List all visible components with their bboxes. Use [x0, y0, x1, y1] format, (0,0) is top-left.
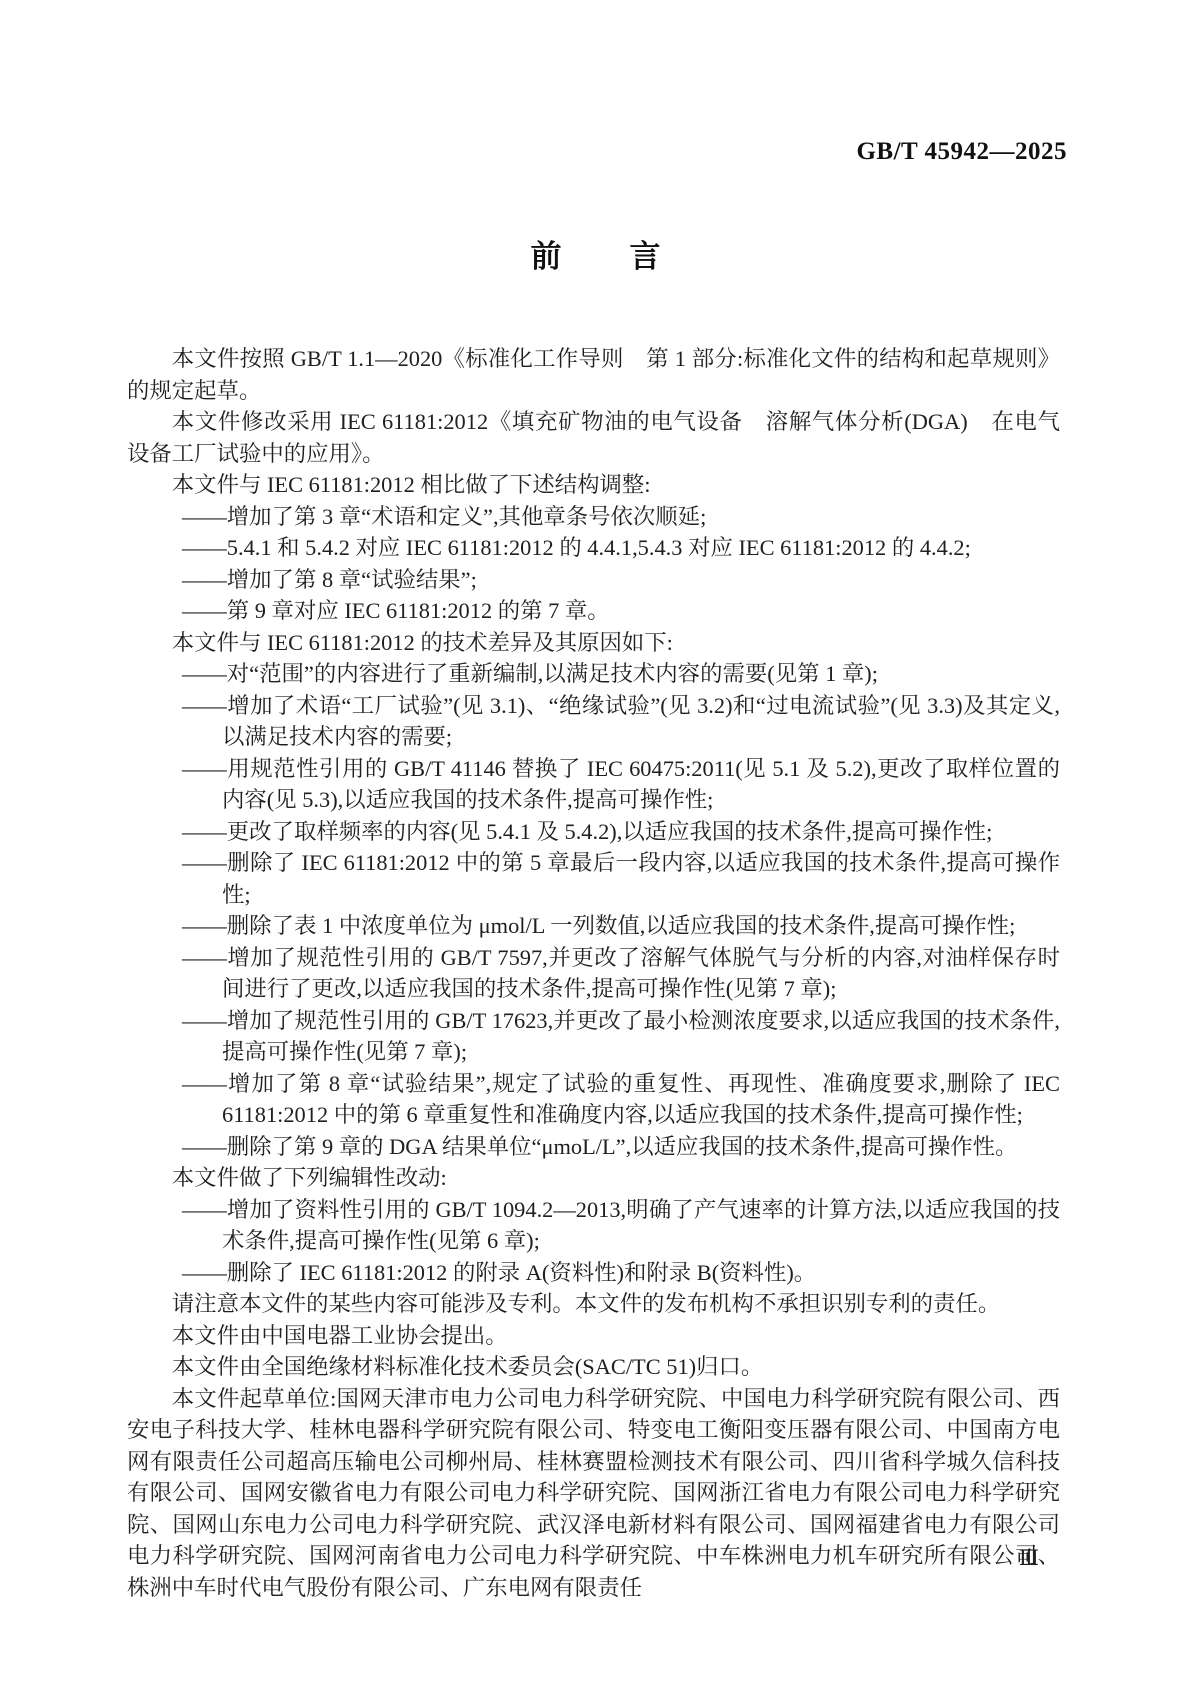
dash-list-item: ——对“范围”的内容进行了重新编制,以满足技术内容的需要(见第 1 章);: [127, 658, 1060, 690]
dash-list-item: ——删除了 IEC 61181:2012 的附录 A(资料性)和附录 B(资料性…: [127, 1257, 1060, 1289]
paragraph: 本文件由全国绝缘材料标准化技术委员会(SAC/TC 51)归口。: [127, 1351, 1060, 1383]
paragraph: 本文件按照 GB/T 1.1—2020《标准化工作导则 第 1 部分:标准化文件…: [127, 343, 1060, 406]
dash-list-item: ——增加了第 8 章“试验结果”,规定了试验的重复性、再现性、准确度要求,删除了…: [127, 1068, 1060, 1131]
standard-number: GB/T 45942—2025: [856, 138, 1067, 166]
paragraph: 本文件修改采用 IEC 61181:2012《填充矿物油的电气设备 溶解气体分析…: [127, 406, 1060, 469]
body-text: 本文件按照 GB/T 1.1—2020《标准化工作导则 第 1 部分:标准化文件…: [127, 343, 1060, 1603]
paragraph: 本文件与 IEC 61181:2012 的技术差异及其原因如下:: [127, 627, 1060, 659]
dash-list-item: ——增加了规范性引用的 GB/T 17623,并更改了最小检测浓度要求,以适应我…: [127, 1005, 1060, 1068]
dash-list-item: ——增加了第 3 章“术语和定义”,其他章条号依次顺延;: [127, 501, 1060, 533]
dash-list-item: ——删除了表 1 中浓度单位为 μmol/L 一列数值,以适应我国的技术条件,提…: [127, 910, 1060, 942]
dash-list-item: ——删除了第 9 章的 DGA 结果单位“μmoL/L”,以适应我国的技术条件,…: [127, 1131, 1060, 1163]
dash-list-item: ——增加了资料性引用的 GB/T 1094.2—2013,明确了产气速率的计算方…: [127, 1194, 1060, 1257]
dash-list-item: ——第 9 章对应 IEC 61181:2012 的第 7 章。: [127, 595, 1060, 627]
dash-list-item: ——用规范性引用的 GB/T 41146 替换了 IEC 60475:2011(…: [127, 753, 1060, 816]
page-title: 前言: [0, 240, 1191, 274]
paragraph: 本文件与 IEC 61181:2012 相比做了下述结构调整:: [127, 469, 1060, 501]
dash-list-item: ——增加了术语“工厂试验”(见 3.1)、“绝缘试验”(见 3.2)和“过电流试…: [127, 690, 1060, 753]
dash-list-item: ——删除了 IEC 61181:2012 中的第 5 章最后一段内容,以适应我国…: [127, 847, 1060, 910]
paragraph: 请注意本文件的某些内容可能涉及专利。本文件的发布机构不承担识别专利的责任。: [127, 1288, 1060, 1320]
page-number: Ⅲ: [1019, 1546, 1039, 1571]
dash-list-item: ——增加了规范性引用的 GB/T 7597,并更改了溶解气体脱气与分析的内容,对…: [127, 942, 1060, 1005]
document-page: GB/T 45942—2025 前言 本文件按照 GB/T 1.1—2020《标…: [0, 0, 1191, 1685]
page-title-char-2: 言: [630, 239, 661, 274]
dash-list-item: ——5.4.1 和 5.4.2 对应 IEC 61181:2012 的 4.4.…: [127, 532, 1060, 564]
paragraph: 本文件做了下列编辑性改动:: [127, 1162, 1060, 1194]
page-title-char-1: 前: [531, 239, 562, 274]
dash-list-item: ——更改了取样频率的内容(见 5.4.1 及 5.4.2),以适应我国的技术条件…: [127, 816, 1060, 848]
paragraph: 本文件由中国电器工业协会提出。: [127, 1320, 1060, 1352]
paragraph: 本文件起草单位:国网天津市电力公司电力科学研究院、中国电力科学研究院有限公司、西…: [127, 1383, 1060, 1604]
dash-list-item: ——增加了第 8 章“试验结果”;: [127, 564, 1060, 596]
